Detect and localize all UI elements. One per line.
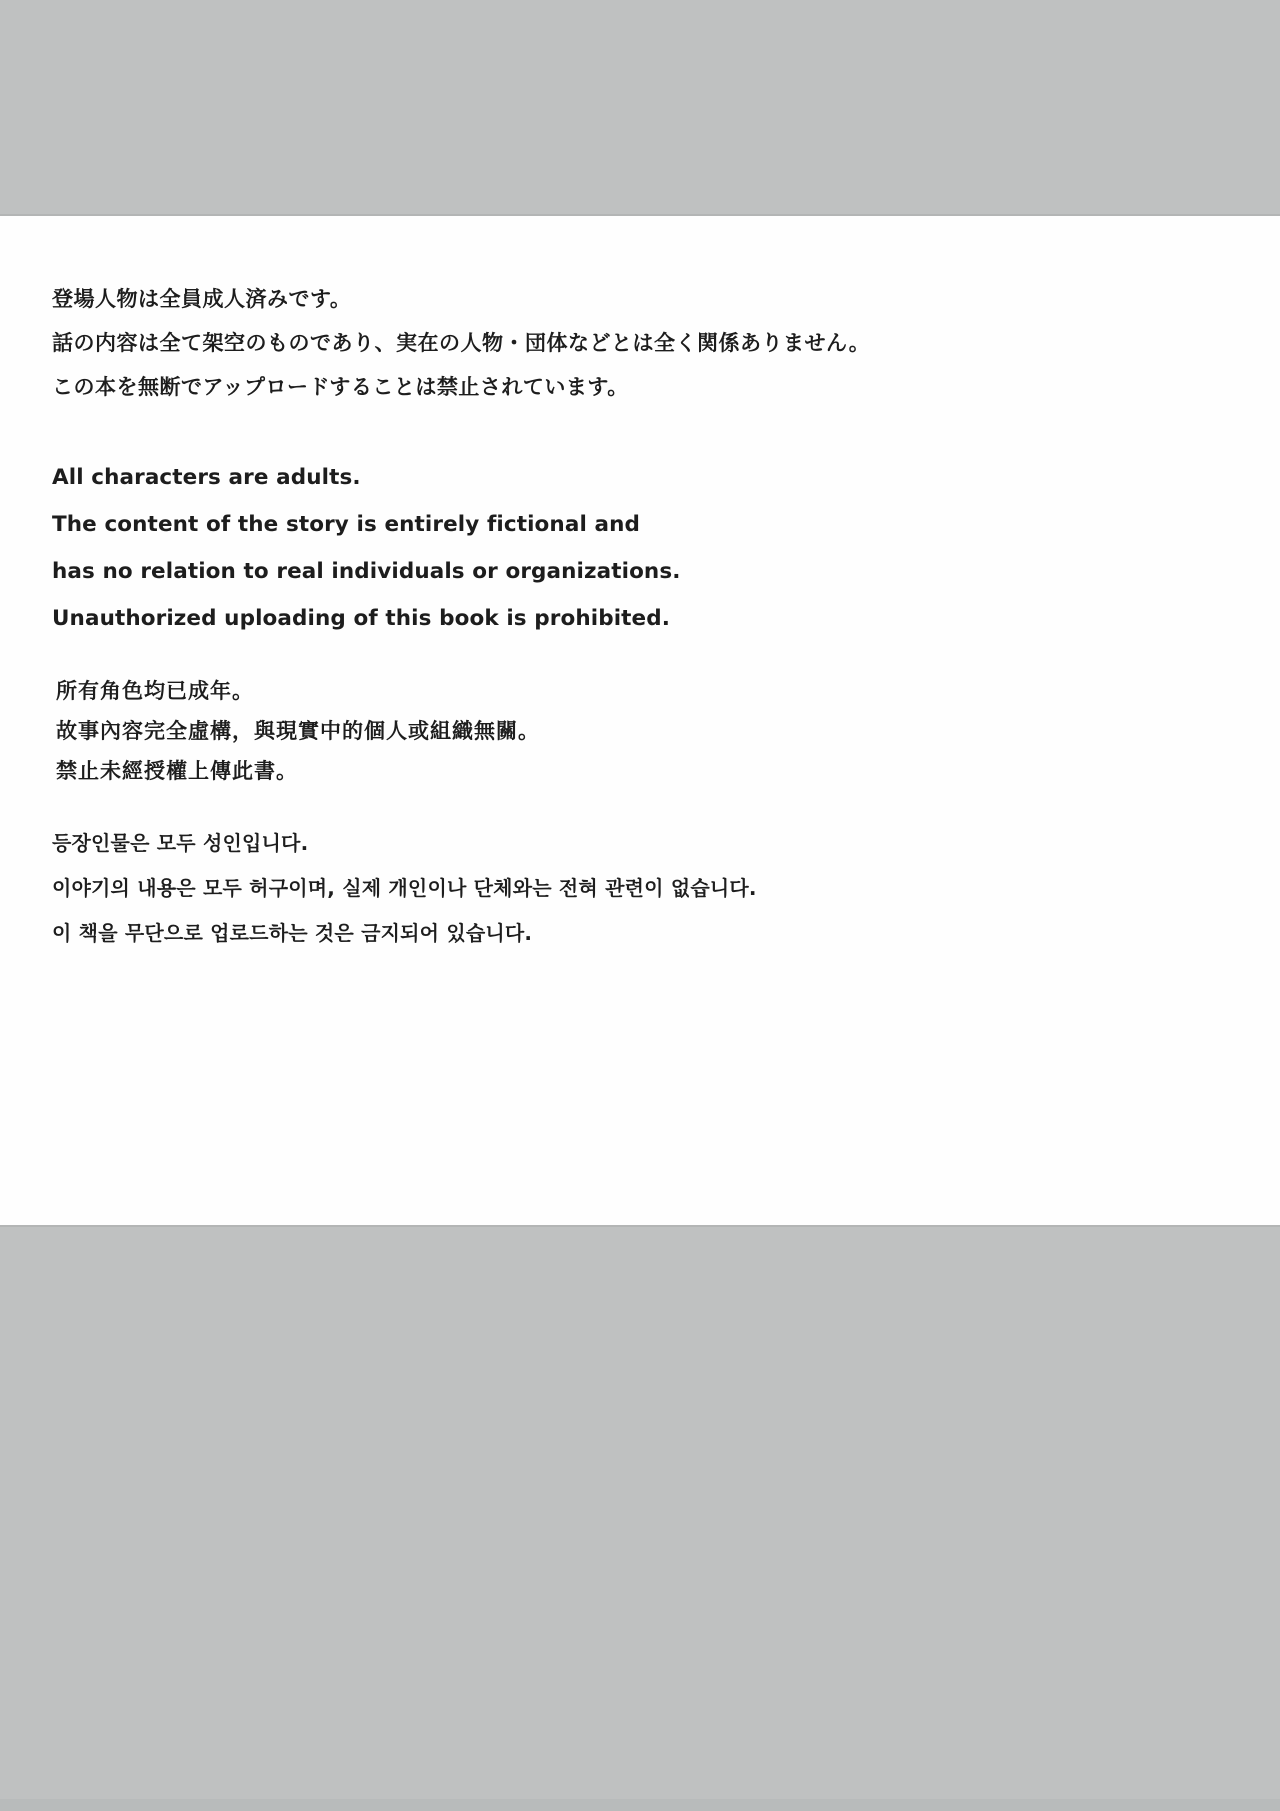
disclaimer-line-chinese: 禁止未經授權上傳此書。 xyxy=(56,751,1250,791)
disclaimer-line-english: The content of the story is entirely fic… xyxy=(52,501,1250,548)
top-gray-band xyxy=(0,0,1280,216)
disclaimer-english-block: All characters are adults. The content o… xyxy=(52,454,1250,642)
disclaimer-line-chinese: 所有角色均已成年。 xyxy=(56,671,1250,711)
disclaimer-line-english: All characters are adults. xyxy=(52,454,1250,501)
bottom-gray-band xyxy=(0,1225,1280,1811)
disclaimer-korean-block: 등장인물은 모두 성인입니다. 이야기의 내용은 모두 허구이며, 실제 개인이… xyxy=(52,821,1250,956)
disclaimer-line-korean: 이야기의 내용은 모두 허구이며, 실제 개인이나 단체와는 전혀 관련이 없습… xyxy=(52,866,1250,911)
disclaimer-chinese-block: 所有角色均已成年。 故事內容完全虛構，與現實中的個人或組織無關。 禁止未經授權上… xyxy=(56,671,1250,791)
disclaimer-line-japanese: 登場人物は全員成人済みです。 xyxy=(52,277,1250,321)
disclaimer-page: 登場人物は全員成人済みです。 話の内容は全て架空のものであり、実在の人物・団体な… xyxy=(0,0,1280,1811)
disclaimer-line-japanese: この本を無断でアップロードすることは禁止されています。 xyxy=(52,365,1250,409)
disclaimer-line-korean: 등장인물은 모두 성인입니다. xyxy=(52,821,1250,866)
disclaimer-line-english: Unauthorized uploading of this book is p… xyxy=(52,595,1250,642)
disclaimer-line-chinese: 故事內容完全虛構，與現實中的個人或組織無關。 xyxy=(56,711,1250,751)
disclaimer-line-korean: 이 책을 무단으로 업로드하는 것은 금지되어 있습니다. xyxy=(52,911,1250,956)
disclaimer-line-japanese: 話の内容は全て架空のものであり、実在の人物・団体などとは全く関係ありません。 xyxy=(52,321,1250,365)
disclaimer-japanese-block: 登場人物は全員成人済みです。 話の内容は全て架空のものであり、実在の人物・団体な… xyxy=(52,277,1250,409)
disclaimer-line-english: has no relation to real individuals or o… xyxy=(52,548,1250,595)
